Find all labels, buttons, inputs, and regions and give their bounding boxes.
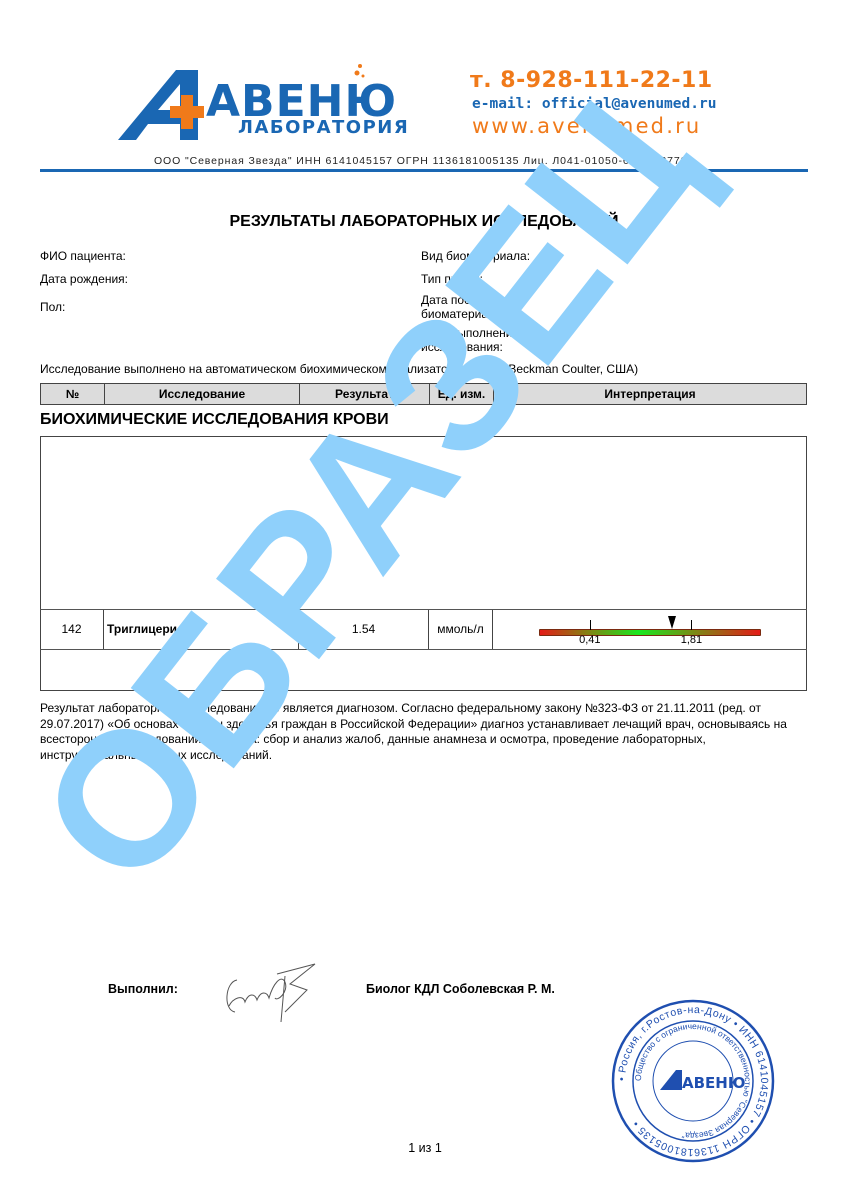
received-date-line2: биоматериала: [421, 307, 522, 321]
completed-date-line2: исследования: [421, 340, 519, 354]
received-date-line1: Дата поступления [421, 293, 522, 307]
company-stamp-icon: • Россия, г.Ростов-на-Дону • ИНН 6141045… [610, 998, 776, 1164]
logo-a-plus-icon [118, 62, 208, 147]
section-title: БИОХИМИЧЕСКИЕ ИССЛЕДОВАНИЯ КРОВИ [40, 411, 389, 429]
page-number: 1 из 1 [380, 1141, 470, 1155]
table-row: 142 Триглицериды 1.54 ммоль/л 0,41 1,81 [40, 609, 807, 650]
flask-bubbles-icon [346, 62, 376, 82]
stamp-center-text: АВЕНЮ [682, 1074, 745, 1092]
legal-info: ООО "Северная Звезда" ИНН 6141045157 ОГР… [40, 155, 808, 167]
header-divider [40, 169, 808, 172]
results-table-header: № Исследование Результат Ед. изм. Интерп… [40, 383, 807, 405]
sample-type-label: Тип пробы: [421, 272, 483, 286]
signer-name: Биолог КДЛ Соболевская Р. М. [366, 982, 555, 996]
row-number: 142 [40, 610, 104, 649]
column-result: Результат [300, 384, 430, 404]
sex-label: Пол: [40, 300, 65, 314]
range-high-tick [691, 620, 692, 630]
contact-phone: т. 8-928-111-22-11 [470, 68, 713, 93]
biomaterial-label: Вид биоматериала: [421, 249, 530, 263]
column-interpretation: Интерпретация [494, 384, 806, 404]
company-logo: АВЕНЮ ЛАБОРАТОРИЯ [118, 62, 448, 147]
patient-name-label: ФИО пациента: [40, 249, 126, 263]
received-date-label: Дата поступления биоматериала: [421, 293, 522, 321]
range-high-label: 1,81 [681, 634, 702, 646]
completed-date-line1: Дата выполнения [421, 326, 519, 340]
disclaimer-text: Результат лабораторного исследования не … [40, 701, 808, 763]
column-number: № [41, 384, 105, 404]
reference-range-bar [539, 629, 761, 636]
results-table-body [40, 436, 807, 691]
range-low-tick [590, 620, 591, 630]
range-low-label: 0,41 [579, 634, 600, 646]
performed-by-label: Выполнил: [108, 982, 178, 996]
row-unit: ммоль/л [429, 610, 493, 649]
analyzer-note: Исследование выполнено на автоматическом… [40, 362, 638, 376]
row-test-name: Триглицериды [104, 610, 299, 649]
completed-date-label: Дата выполнения исследования: [421, 326, 519, 354]
row-interpretation: 0,41 1,81 [493, 610, 807, 649]
value-marker-icon [668, 616, 676, 629]
contact-website[interactable]: www.avenumed.ru [472, 114, 701, 138]
document-title: РЕЗУЛЬТАТЫ ЛАБОРАТОРНЫХ ИССЛЕДОВАНИЙ [40, 213, 808, 231]
contact-email[interactable]: e-mail: official@avenumed.ru [472, 96, 716, 112]
signature-icon [215, 962, 325, 1022]
birth-date-label: Дата рождения: [40, 272, 128, 286]
column-unit: Ед. изм. [430, 384, 494, 404]
column-test: Исследование [105, 384, 300, 404]
logo-subtitle: ЛАБОРАТОРИЯ [238, 117, 409, 138]
row-result: 1.54 [299, 610, 429, 649]
